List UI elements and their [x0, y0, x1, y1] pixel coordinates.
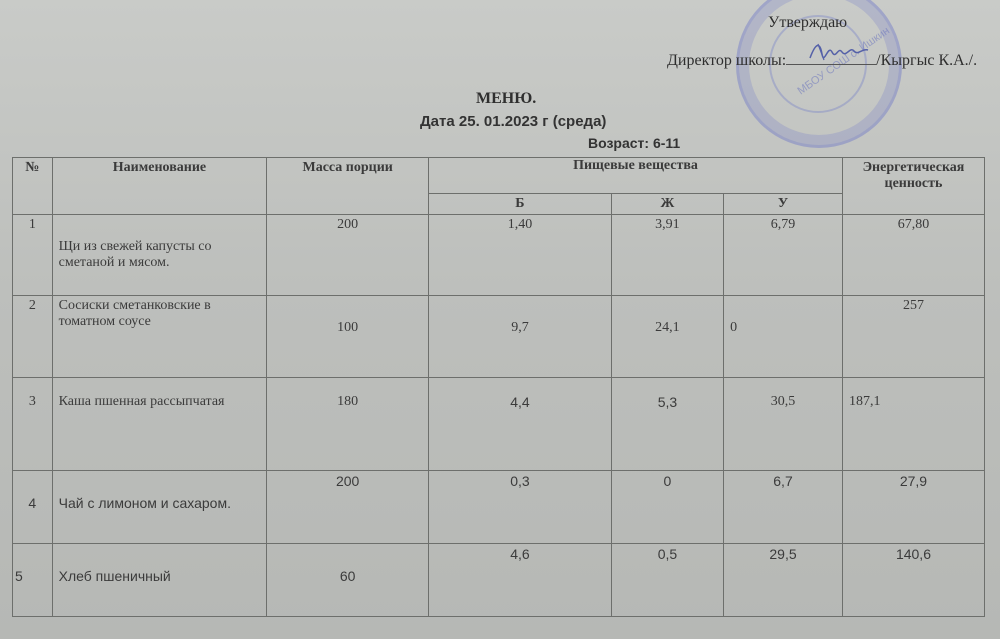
table-row: 1 Щи из свежей капусты со сметаной и мяс…: [13, 215, 985, 296]
cell-name: Хлеб пшеничный: [52, 544, 267, 617]
cell-zh: 0,5: [611, 544, 723, 617]
col-header-zh: Ж: [611, 194, 723, 215]
cell-no: 2: [13, 296, 53, 378]
cell-energy: 257: [842, 296, 984, 378]
cell-name: Каша пшенная рассыпчатая: [52, 378, 267, 471]
cell-energy: 140,6: [842, 544, 984, 617]
col-header-energy: Энергетическая ценность: [842, 158, 984, 215]
cell-u: 6,79: [724, 215, 843, 296]
table-row: 5 Хлеб пшеничный 60 4,6 0,5 29,5 140,6: [13, 544, 985, 617]
cell-zh: 24,1: [611, 296, 723, 378]
cell-zh: 0: [611, 471, 723, 544]
cell-name: Щи из свежей капусты со сметаной и мясом…: [52, 215, 267, 296]
cell-mass: 180: [267, 378, 429, 471]
col-header-nutrients: Пищевые вещества: [429, 158, 843, 194]
col-header-u: У: [724, 194, 843, 215]
cell-no: 3: [13, 378, 53, 471]
director-label: Директор школы:: [667, 52, 786, 69]
cell-b: 4,4: [429, 378, 612, 471]
menu-table: № Наименование Масса порции Пищевые веще…: [12, 157, 985, 617]
cell-b: 1,40: [429, 215, 612, 296]
table-row: 2 Сосиски сметанковские в томатном соусе…: [13, 296, 985, 378]
col-header-b: Б: [429, 194, 612, 215]
cell-name: Чай с лимоном и сахаром.: [52, 471, 267, 544]
cell-u: 0: [724, 296, 843, 378]
cell-energy: 27,9: [842, 471, 984, 544]
cell-u: 30,5: [724, 378, 843, 471]
director-name: /Кыргыс К.А./.: [876, 52, 977, 69]
table-header-row: № Наименование Масса порции Пищевые веще…: [13, 158, 985, 194]
cell-zh: 3,91: [611, 215, 723, 296]
cell-mass: 200: [267, 215, 429, 296]
table-row: 3 Каша пшенная рассыпчатая 180 4,4 5,3 3…: [13, 378, 985, 471]
cell-no: 1: [13, 215, 53, 296]
cell-b: 4,6: [429, 544, 612, 617]
menu-date: Дата 25. 01.2023 г (среда): [420, 113, 606, 130]
col-header-no: №: [13, 158, 53, 215]
cell-no: 4: [13, 471, 53, 544]
cell-mass: 100: [267, 296, 429, 378]
approve-label: Утверждаю: [768, 14, 847, 32]
page-title: МЕНЮ.: [476, 90, 536, 108]
table-row: 4 Чай с лимоном и сахаром. 200 0,3 0 6,7…: [13, 471, 985, 544]
cell-b: 9,7: [429, 296, 612, 378]
col-header-mass: Масса порции: [267, 158, 429, 215]
cell-energy: 187,1: [842, 378, 984, 471]
cell-energy: 67,80: [842, 215, 984, 296]
signature-scribble: [808, 40, 870, 62]
cell-mass: 60: [267, 544, 429, 617]
age-group: Возраст: 6-11: [588, 135, 680, 151]
cell-zh: 5,3: [611, 378, 723, 471]
cell-u: 6,7: [724, 471, 843, 544]
cell-no: 5: [13, 544, 53, 617]
cell-b: 0,3: [429, 471, 612, 544]
col-header-name: Наименование: [52, 158, 267, 215]
cell-u: 29,5: [724, 544, 843, 617]
cell-name: Сосиски сметанковские в томатном соусе: [52, 296, 267, 378]
cell-mass: 200: [267, 471, 429, 544]
